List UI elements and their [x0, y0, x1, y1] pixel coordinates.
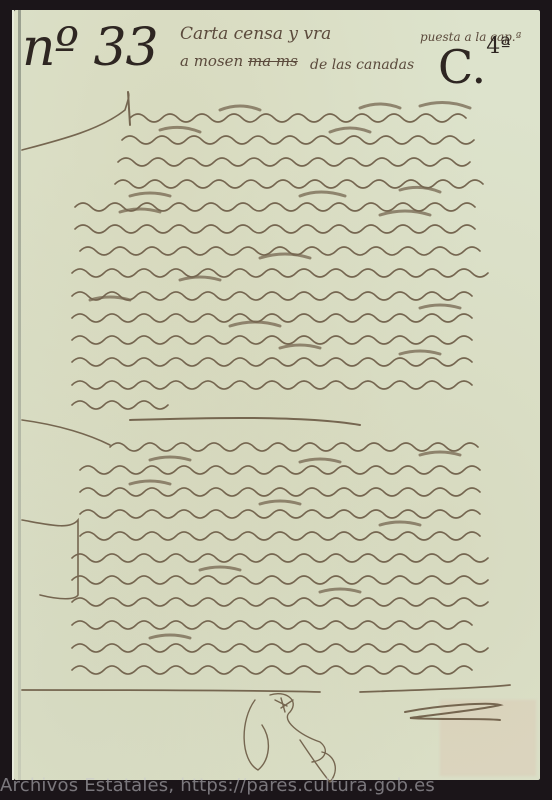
archive-watermark: Archivos Estatales, https://pares.cultur…: [0, 775, 435, 796]
paragraph-2: [72, 443, 488, 674]
paragraph-1: [72, 114, 488, 409]
handwritten-body: [0, 0, 552, 800]
